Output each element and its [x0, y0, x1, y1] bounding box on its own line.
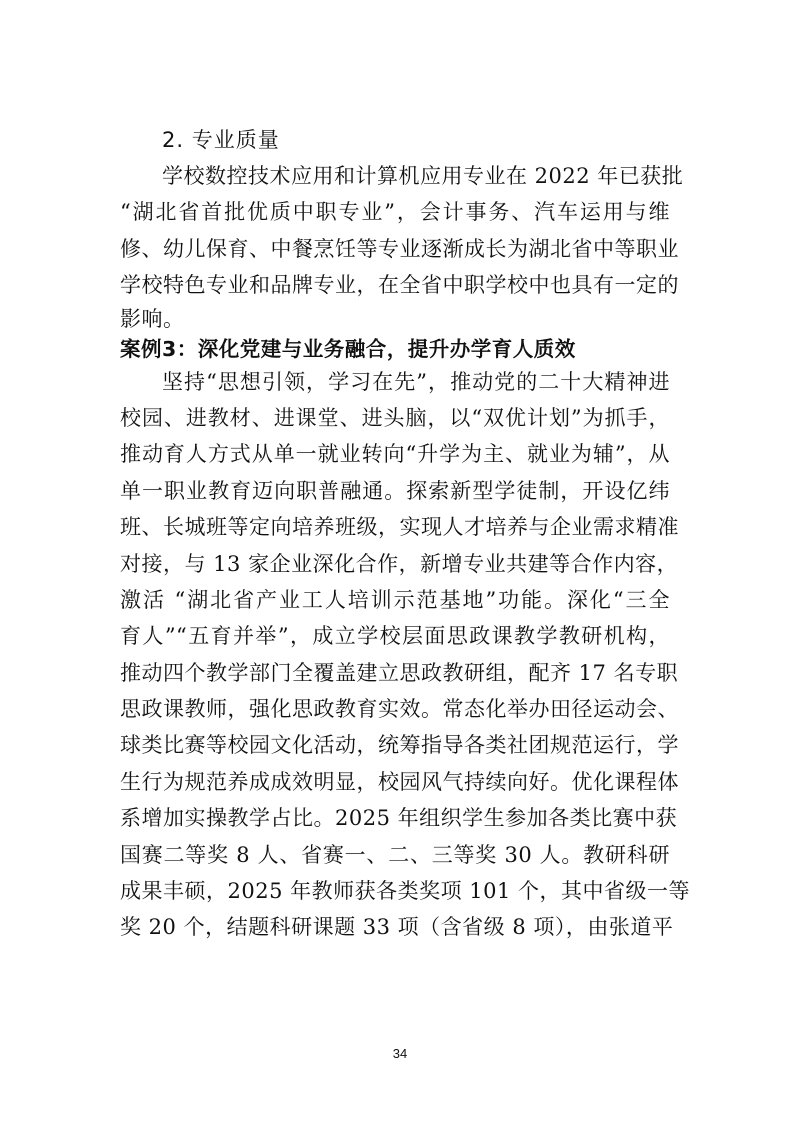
paragraph-line: 校园、进教材、进课堂、进头脑，以“双优计划”为抓手， — [120, 400, 670, 436]
paragraph-line: 系增加实操教学占比。2025 年组织学生参加各类比赛中获 — [120, 800, 670, 836]
paragraph-professional-quality: 学校数控技术应用和计算机应用专业在 2022 年已获批 “湖北省首批优质中职专业… — [120, 158, 670, 334]
paragraph-line: 学校特色专业和品牌专业，在全省中职学校中也具有一定的 — [120, 267, 670, 303]
paragraph-line: 单一职业教育迈向职普融通。探索新型学徒制，开设亿纬 — [120, 473, 670, 509]
paragraph-line: 球类比赛等校园文化活动，统筹指导各类社团规范运行，学 — [120, 727, 670, 763]
paragraph-line: 奖 20 个，结题科研课题 33 项（含省级 8 项），由张道平 — [120, 909, 670, 945]
case-heading: 案例3：深化党建与业务融合，提升办学育人质效 — [120, 334, 670, 364]
paragraph-line: 思政课教师，强化思政教育实效。常态化举办田径运动会、 — [120, 691, 670, 727]
paragraph-line: “湖北省首批优质中职专业”，会计事务、汽车运用与维 — [120, 194, 670, 230]
paragraph-line: 坚持“思想引领，学习在先”，推动党的二十大精神进 — [120, 364, 670, 400]
paragraph-line: 生行为规范养成成效明显，校园风气持续向好。优化课程体 — [120, 764, 670, 800]
paragraph-line: 育人”“五育并举”，成立学校层面思政课教学教研机构， — [120, 618, 670, 654]
paragraph-line: 成果丰硕，2025 年教师获各类奖项 101 个，其中省级一等 — [120, 873, 670, 909]
section-heading: 2. 专业质量 — [120, 122, 670, 158]
paragraph-line: 影响。 — [120, 304, 670, 334]
page-number: 34 — [0, 1046, 800, 1061]
paragraph-line: 推动四个教学部门全覆盖建立思政教研组，配齐 17 名专职 — [120, 655, 670, 691]
paragraph-line: 学校数控技术应用和计算机应用专业在 2022 年已获批 — [120, 158, 670, 194]
page-content: 2. 专业质量 学校数控技术应用和计算机应用专业在 2022 年已获批 “湖北省… — [120, 122, 670, 946]
paragraph-line: 国赛二等奖 8 人、省赛一、二、三等奖 30 人。教研科研 — [120, 837, 670, 873]
document-page: 2. 专业质量 学校数控技术应用和计算机应用专业在 2022 年已获批 “湖北省… — [0, 0, 800, 1131]
paragraph-line: 班、长城班等定向培养班级，实现人才培养与企业需求精准 — [120, 509, 670, 545]
paragraph-line: 对接，与 13 家企业深化合作，新增专业共建等合作内容， — [120, 546, 670, 582]
paragraph-case-3: 坚持“思想引领，学习在先”，推动党的二十大精神进 校园、进教材、进课堂、进头脑，… — [120, 364, 670, 946]
paragraph-line: 修、幼儿保育、中餐烹饪等专业逐渐成长为湖北省中等职业 — [120, 231, 670, 267]
paragraph-line: 激活 “湖北省产业工人培训示范基地”功能。深化“三全 — [120, 582, 670, 618]
paragraph-line: 推动育人方式从单一就业转向“升学为主、就业为辅”，从 — [120, 436, 670, 472]
